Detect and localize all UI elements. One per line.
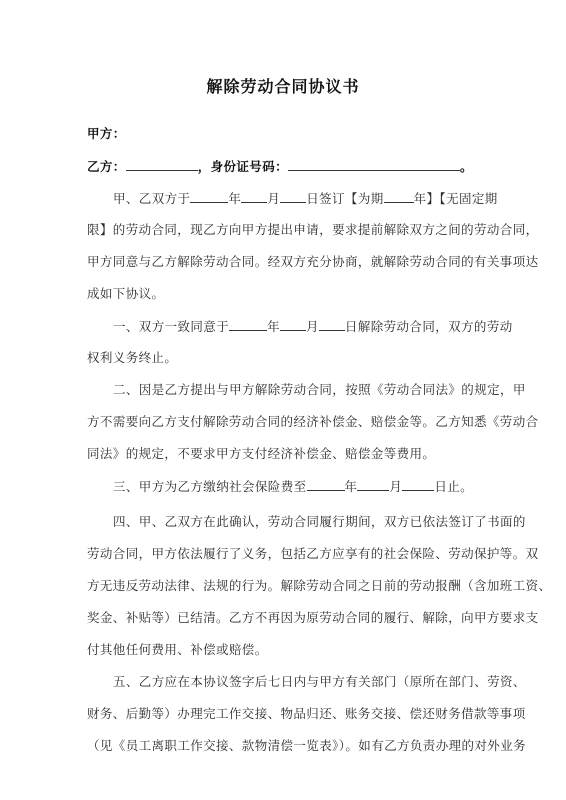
text: 日签订【为期: [306, 191, 383, 206]
text: 月: [267, 191, 280, 206]
text: 月: [306, 319, 319, 334]
clause-1-line-2: 权利义务终止。: [87, 350, 487, 366]
document-page: 解除劳动合同协议书 甲方： 乙方：，身份证号码：。 甲、乙双方于年月日签订【为期…: [0, 0, 566, 800]
id-number-label: ，身份证号码：: [198, 159, 288, 174]
party-b-name-blank[interactable]: [126, 158, 198, 171]
text: 日止。: [434, 479, 473, 494]
text: 年】【无固定期: [414, 191, 498, 206]
preamble-line-1: 甲、乙双方于年月日签订【为期年】【无固定期: [113, 190, 513, 207]
term-years-blank[interactable]: [384, 190, 414, 203]
clause-4-line-2: 劳动合同，甲方依法履行了义务，包括乙方应享有的社会保险、劳动保护等。双: [87, 546, 487, 562]
preamble-line-2: 限】的劳动合同，现乙方向甲方提出申请，要求提前解除双方之间的劳动合同，: [87, 222, 487, 238]
text: 甲、乙双方于: [113, 191, 190, 206]
text: 月: [389, 479, 402, 494]
text: 年: [267, 319, 280, 334]
clause-2-line-1: 二、因是乙方提出与甲方解除劳动合同，按照《劳动合同法》的规定，甲: [113, 382, 513, 398]
clause-4-line-3: 方无违反劳动法律、法规的行为。解除劳动合同之日前的劳动报酬（含加班工资、: [87, 578, 487, 594]
party-b-label: 乙方：: [87, 159, 126, 174]
clause-4-line-1: 四、甲、乙双方在此确认，劳动合同履行期间，双方已依法签订了书面的: [113, 514, 513, 530]
document-title: 解除劳动合同协议书: [0, 74, 566, 97]
preamble-line-3: 甲方同意与乙方解除劳动合同。经双方充分协商，就解除劳动合同的有关事项达: [87, 254, 487, 270]
id-number-blank[interactable]: [288, 158, 460, 171]
party-b-end: 。: [460, 159, 473, 174]
insurance-day-blank[interactable]: [402, 478, 434, 491]
party-b-line: 乙方：，身份证号码：。: [87, 158, 487, 175]
clause-2-line-2: 方不需要向乙方支付解除劳动合同的经济补偿金、赔偿金等。乙方知悉《劳动合: [87, 414, 487, 430]
text: 日解除劳动合同，双方的劳动: [345, 319, 513, 334]
clause-4-line-5: 付其他任何费用、补偿或赔偿。: [87, 642, 487, 658]
termination-month-blank[interactable]: [280, 318, 306, 331]
text: 年: [345, 479, 358, 494]
insurance-year-blank[interactable]: [307, 478, 345, 491]
clause-2-line-3: 同法》的规定，不要求甲方支付经济补偿金、赔偿金等费用。: [87, 446, 487, 462]
clause-5-line-2: 财务、后勤等）办理完工作交接、物品归还、账务交接、偿还财务借款等事项: [87, 706, 487, 722]
party-a-label: 甲方：: [87, 126, 126, 141]
text: 一、双方一致同意于: [113, 319, 229, 334]
party-a-line: 甲方：: [87, 126, 487, 142]
clause-5-line-3: （见《员工离职工作交接、款物清偿一览表》）。如有乙方负责办理的对外业务: [87, 738, 487, 754]
clause-4-line-4: 奖金、补贴等）已结清。乙方不再因为原劳动合同的履行、解除，向甲方要求支: [87, 610, 487, 626]
text: 三、甲方为乙方缴纳社会保险费至: [113, 479, 307, 494]
clause-3-line-1: 三、甲方为乙方缴纳社会保险费至年月日止。: [113, 478, 513, 495]
text: 年: [228, 191, 241, 206]
preamble-line-4: 成如下协议。: [87, 286, 487, 302]
sign-year-blank[interactable]: [190, 190, 228, 203]
termination-day-blank[interactable]: [319, 318, 345, 331]
clause-1-line-1: 一、双方一致同意于年月日解除劳动合同，双方的劳动: [113, 318, 513, 335]
insurance-month-blank[interactable]: [357, 478, 389, 491]
sign-month-blank[interactable]: [241, 190, 267, 203]
clause-5-line-1: 五、乙方应在本协议签字后七日内与甲方有关部门（原所在部门、劳资、: [113, 674, 513, 690]
sign-day-blank[interactable]: [280, 190, 306, 203]
termination-year-blank[interactable]: [229, 318, 267, 331]
